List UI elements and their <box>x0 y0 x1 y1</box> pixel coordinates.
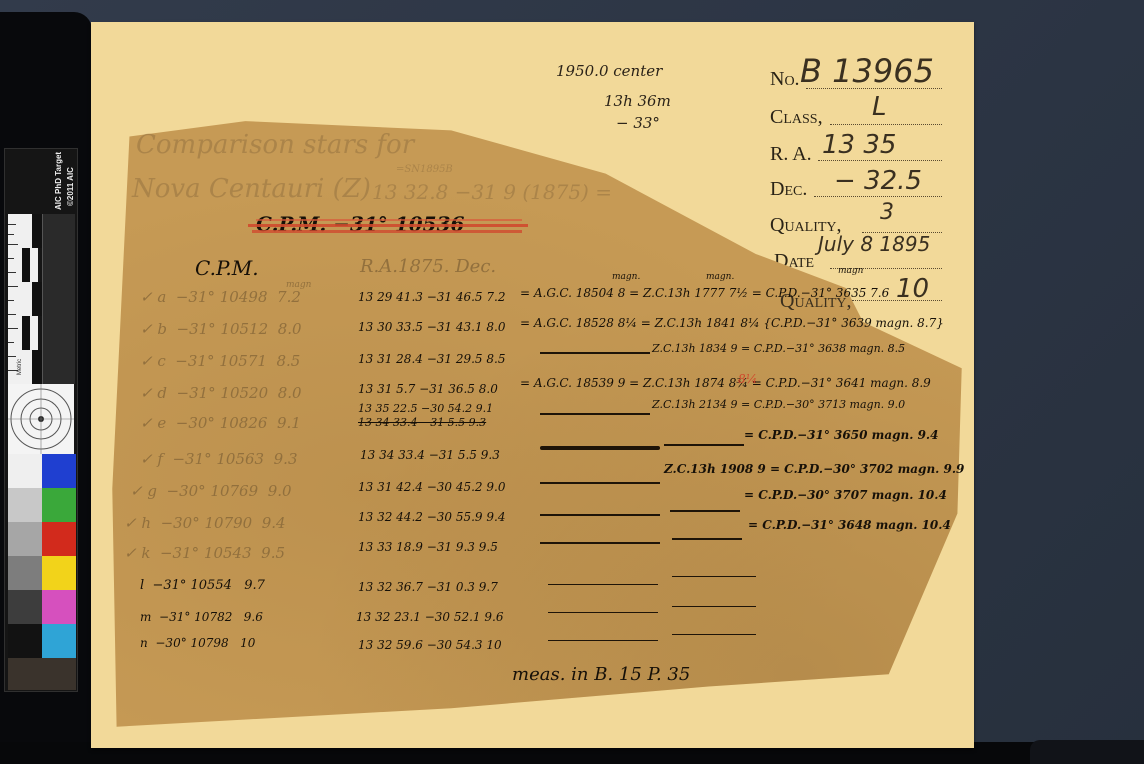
patch-white <box>8 454 42 488</box>
value-dec: − 32.5 <box>834 166 922 196</box>
row-l-radec: 13 32 36.7 −31 0.3 9.7 <box>358 580 498 594</box>
col-radec: R.A.1875. Dec. <box>360 256 496 277</box>
row-g-xref: Z.C.13h 1908 9 = C.P.D.−30° 3702 magn. 9… <box>664 462 964 476</box>
row-n-cpm: n −30° 10798 10 <box>140 636 255 650</box>
gray-reference-strip <box>42 214 75 384</box>
row-g-cpm: ✓ g −30° 10769 9.0 <box>130 482 292 500</box>
value-date: July 8 1895 <box>818 232 930 256</box>
patch-red <box>42 522 76 556</box>
note-heading-line2: Nova Centauri (Z) <box>132 174 371 204</box>
value-quality: 3 <box>880 200 894 225</box>
row-m-radec: 13 32 23.1 −30 52.1 9.6 <box>356 610 503 624</box>
red-annotation: 8¼ <box>738 372 757 386</box>
col-magn4: magn <box>838 266 863 276</box>
row-c-xref: Z.C.13h 1834 9 = C.P.D.−31° 3638 magn. 8… <box>652 342 905 355</box>
row-k-radec: 13 33 18.9 −31 9.3 9.5 <box>358 540 498 554</box>
center-dec: − 33° <box>616 114 660 132</box>
row-m-cpm: m −31° 10782 9.6 <box>140 610 263 624</box>
metric-ruler: Metric <box>8 214 38 384</box>
row-c-radec: 13 31 28.4 −31 29.5 8.5 <box>358 352 505 366</box>
col-magn3: magn. <box>706 272 734 282</box>
row-a-radec: 13 29 41.3 −31 46.5 7.2 <box>358 290 505 304</box>
target-title: AIC PhD Target ©2011 AIC <box>4 148 76 212</box>
patch-blue <box>42 454 76 488</box>
patch-gray1 <box>8 488 42 522</box>
row-d-radec: 13 31 5.7 −31 36.5 8.0 <box>358 382 498 396</box>
patch-gray4 <box>8 590 42 624</box>
row-k-xref: = C.P.D.−31° 3648 magn. 10.4 <box>748 518 951 532</box>
row-b-xref: = A.G.C. 18528 8¼ = Z.C.13h 1841 8¼ {C.P… <box>520 316 944 330</box>
row-h-xref: = C.P.D.−30° 3707 magn. 10.4 <box>744 488 947 502</box>
footer-note: meas. in B. 15 P. 35 <box>512 664 690 685</box>
bullseye-target <box>8 384 74 454</box>
patch-magenta <box>42 590 76 624</box>
center-ra: 13h 36m <box>604 92 671 110</box>
note-heading-line1: Comparison stars for <box>136 130 414 160</box>
row-d-xref: = A.G.C. 18539 9 = Z.C.13h 1874 8¾ = C.P… <box>520 376 931 390</box>
row-e-cpm: ✓ e −30° 10826 9.1 <box>140 414 301 432</box>
row-f-cpm: ✓ f −31° 10563 9.3 <box>140 450 298 468</box>
row-b-radec: 13 30 33.5 −31 43.1 8.0 <box>358 320 505 334</box>
row-a-cpm: ✓ a −31° 10498 7.2 <box>140 288 301 306</box>
patch-gray3 <box>8 556 42 590</box>
row-c-cpm: ✓ c −31° 10571 8.5 <box>140 352 300 370</box>
patch-yellow <box>42 556 76 590</box>
patch-green <box>42 488 76 522</box>
patch-gray2 <box>8 522 42 556</box>
col-magn2: magn. <box>612 272 640 282</box>
color-patches <box>8 454 76 690</box>
row-n-radec: 13 32 59.6 −30 54.3 10 <box>358 638 502 652</box>
row-e-radec: 13 35 22.5 −30 54.2 9.1 <box>358 402 493 415</box>
patch-brown <box>8 658 76 690</box>
center-note: 1950.0 center <box>556 62 662 80</box>
row-h-radec: 13 32 44.2 −30 55.9 9.4 <box>358 510 505 524</box>
row-f-radec: 13 34 33.4 −31 5.5 9.3 <box>360 448 500 462</box>
value-quality-overlapped: 10 <box>896 274 929 304</box>
row-h-cpm: ✓ h −30° 10790 9.4 <box>124 514 286 532</box>
note-heading-coords: 13 32.8 −31 9 (1875) = <box>372 180 612 204</box>
value-class: L <box>872 92 887 122</box>
label-class: Class, <box>770 106 823 129</box>
patch-cyan <box>42 624 76 658</box>
row-struck-radec: 13 34 33.4 −31 5.5 9.3 <box>358 416 486 429</box>
row-d-cpm: ✓ d −31° 10520 8.0 <box>140 384 302 402</box>
black-backing-corner <box>1030 740 1144 764</box>
col-cpm: C.P.M. <box>195 256 259 280</box>
row-f-xref: = C.P.D.−31° 3650 magn. 9.4 <box>744 428 938 442</box>
row-e-xref: Z.C.13h 2134 9 = C.P.D.−30° 3713 magn. 9… <box>652 398 905 411</box>
label-ra: R. A. <box>770 143 812 166</box>
patch-black <box>8 624 42 658</box>
row-a-xref: = A.G.C. 18504 8 = Z.C.13h 1777 7½ = C.P… <box>520 286 889 300</box>
row-l-cpm: l −31° 10554 9.7 <box>140 578 265 593</box>
value-ra: 13 35 <box>822 130 896 160</box>
row-b-cpm: ✓ b −31° 10512 8.0 <box>140 320 302 338</box>
label-dec: Dec. <box>770 178 807 201</box>
label-no: No. <box>770 68 800 91</box>
red-strikethrough <box>248 224 528 227</box>
row-g-radec: 13 31 42.4 −30 45.2 9.0 <box>358 480 505 494</box>
note-heading-sn: =SN1895B <box>396 164 453 175</box>
row-k-cpm: ✓ k −31° 10543 9.5 <box>124 544 285 562</box>
value-no: B 13965 <box>800 52 934 90</box>
